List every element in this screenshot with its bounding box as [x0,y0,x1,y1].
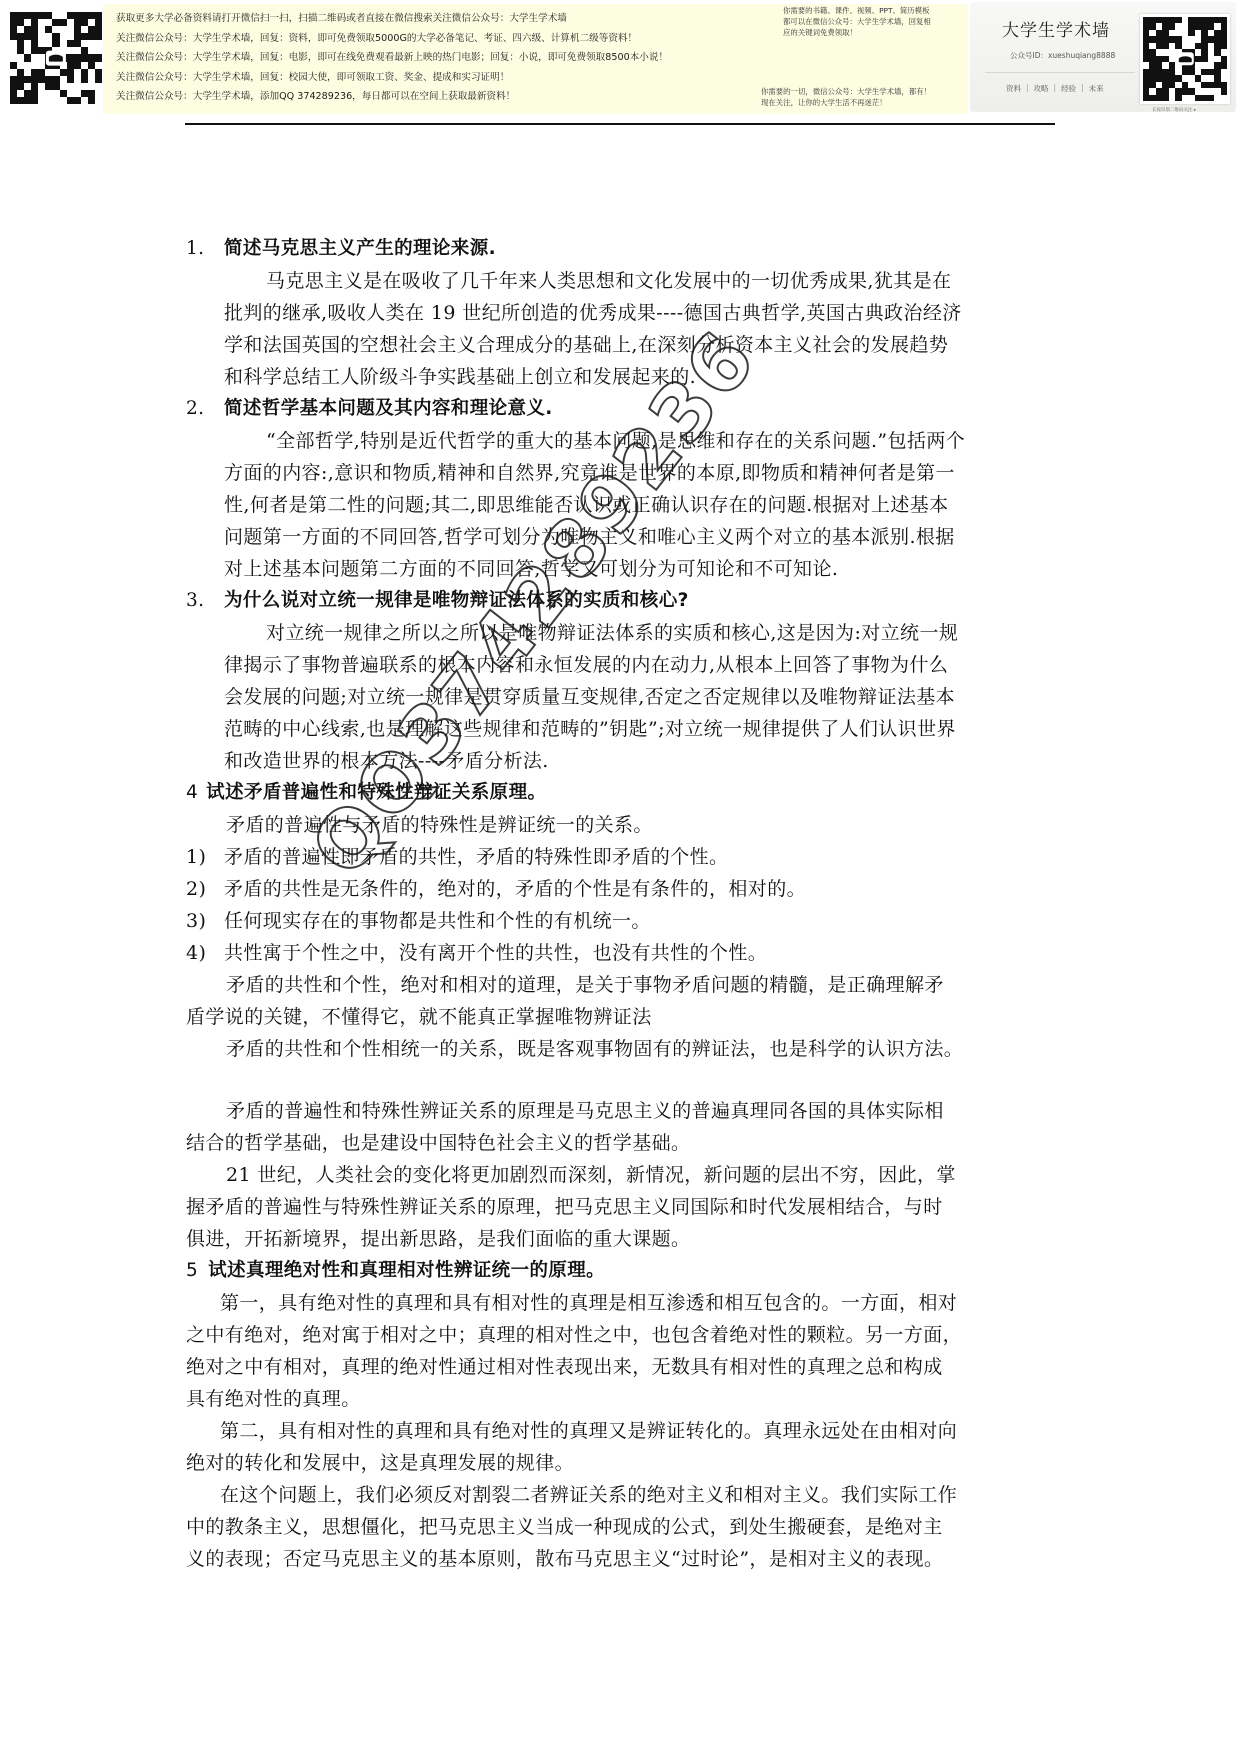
paragraph-line: 中的教条主义，思想僵化，把马克思主义当成一种现成的公式，到处生搬硬套，是绝对主 [186,1512,943,1539]
paragraph-line: 矛盾的普遍性与矛盾的特殊性是辨证统一的关系。 [226,810,653,837]
paragraph-line: 矛盾的普遍性和特殊性辨证关系的原理是马克思主义的普遍真理同各国的具体实际相 [226,1096,944,1123]
card-links: 资料 | 攻略 | 经验 | 未来 [1006,83,1104,94]
heading-number: 2. [186,398,224,419]
heading-text: 为什么说对立统一规律是唯物辩证法体系的实质和核心? [224,590,689,611]
side-note-line: 你需要的书籍、课件、视频、PPT、简历模板 [783,5,931,16]
list-text: 共性寓于个性之中，没有离开个性的共性，也没有共性的个性。 [224,942,767,964]
paragraph-line: 马克思主义是在吸收了几千年来人类思想和文化发展中的一切优秀成果,犹其是在 [266,266,951,293]
paragraph-line: 结合的哲学基础，也是建设中国特色社会主义的哲学基础。 [186,1128,690,1155]
promo-lines: 获取更多大学必备资料请打开微信扫一扫，扫描二维码或者直接在微信搜索关注微信公众号… [116,9,668,107]
heading-number: 5 [186,1260,198,1281]
paragraph-line: 绝对之中有相对，真理的绝对性通过相对性表现出来，无数具有相对性的真理之总和构成 [186,1352,943,1379]
card-divider [985,72,1135,73]
list-item: 1)矛盾的普遍性即矛盾的共性，矛盾的特殊性即矛盾的个性。 [186,842,728,869]
paragraph-line: 学和法国英国的空想社会主义合理成分的基础上,在深刻分析资本主义社会的发展趋势 [224,330,948,357]
paragraph-line: 盾学说的关键，不懂得它，就不能真正掌握唯物辨证法 [186,1002,652,1029]
side-note-line: 都可以在微信公众号：大学生学术墙，回复相 [783,16,931,27]
paragraph-line: 律揭示了事物普遍联系的根本内容和永恒发展的内在动力,从根本上回答了事物为什么 [224,650,948,677]
promo-banner: 获取更多大学必备资料请打开微信扫一扫，扫描二维码或者直接在微信搜索关注微信公众号… [0,0,1241,118]
heading-text: 简述哲学基本问题及其内容和理论意义. [224,398,553,419]
separator: | [1054,83,1057,94]
list-number: 2) [186,878,224,900]
qr-code-right[interactable] [1140,14,1230,104]
promo-line: 关注微信公众号：大学生学术墙，添加QQ 374289236，每日都可以在空间上获… [116,87,668,107]
section-heading: 2.简述哲学基本问题及其内容和理论意义. [186,394,553,420]
section-heading: 1.简述马克思主义产生的理论来源. [186,234,496,260]
promo-line: 关注微信公众号：大学生学术墙，回复：校园大使，即可领取工资、奖金、提成和实习证明… [116,68,668,88]
paragraph-line: 21 世纪，人类社会的变化将更加剧烈而深刻，新情况，新问题的层出不穷，因此，掌 [226,1160,956,1187]
paragraph-line: 矛盾的共性和个性，绝对和相对的道理，是关于事物矛盾问题的精髓，是正确理解矛 [226,970,944,997]
paragraph-line: 之中有绝对，绝对寓于相对之中；真理的相对性之中，也包含着绝对性的颗粒。另一方面， [186,1320,962,1347]
list-number: 1) [186,846,224,868]
side-note-line: 你需要的一切，微信公众号：大学生学术墙，都有！ [761,86,931,97]
list-item: 3)任何现实存在的事物都是共性和个性的有机统一。 [186,906,651,933]
account-title: 大学生学术墙 [1002,16,1110,41]
list-item: 4)共性寓于个性之中，没有离开个性的共性，也没有共性的个性。 [186,938,767,965]
promo-line: 关注微信公众号：大学生学术墙，回复：电影，即可在线免费观看最新上映的热门电影；回… [116,48,668,68]
paragraph-line: 第一，具有绝对性的真理和具有相对性的真理是相互渗透和相互包含的。一方面，相对 [220,1288,957,1315]
list-number: 3) [186,910,224,932]
paragraph-line: 义的表现；否定马克思主义的基本原则，散布马克思主义“过时论”，是相对主义的表现。 [186,1544,943,1571]
paragraph-line: 在这个问题上，我们必须反对割裂二者辨证关系的绝对主义和相对主义。我们实际工作 [220,1480,957,1507]
paragraph-line: 会发展的问题;对立统一规律是贯穿质量互变规律,否定之否定规律以及唯物辩证法基本 [224,682,955,709]
paragraph-line: 和科学总结工人阶级斗争实践基础上创立和发展起来的. [224,362,696,389]
promo-line: 关注微信公众号：大学生学术墙，回复：资料，即可免费领取5000G的大学必备笔记、… [116,29,668,49]
paragraph-line: 批判的继承,吸收人类在 19 世纪所创造的优秀成果----德国古典哲学,英国古典… [224,298,962,325]
qr-code-left[interactable] [10,12,102,104]
header-rule [185,123,1055,125]
paragraph-line: 对立统一规律之所以之所以是唯物辩证法体系的实质和核心,这是因为:对立统一规 [266,618,958,645]
heading-number: 1. [186,238,224,259]
paragraph-line: 具有绝对性的真理。 [186,1384,361,1411]
separator: | [1081,83,1084,94]
paragraph-line: 范畴的中心线索,也是理解这些规律和范畴的”钥匙”;对立统一规律提供了人们认识世界 [224,714,956,741]
list-item: 2)矛盾的共性是无条件的，绝对的，矛盾的个性是有条件的，相对的。 [186,874,806,901]
list-number: 4) [186,942,224,964]
promo-line: 获取更多大学必备资料请打开微信扫一扫，扫描二维码或者直接在微信搜索关注微信公众号… [116,9,668,29]
heading-text: 简述马克思主义产生的理论来源. [224,238,496,259]
side-note-line: 现在关注，让你的大学生活不再迷茫！ [761,97,931,108]
graduation-cap-icon [46,51,66,66]
qr-caption: 长按识别二维码关注 ▸ [1152,107,1196,113]
card-link-experience[interactable]: 经验 [1061,83,1076,94]
side-note-line: 应的关键词免费领取！ [783,27,931,38]
account-id: 公众号ID：xueshuqiang8888 [1010,50,1115,61]
section-heading: 3.为什么说对立统一规律是唯物辩证法体系的实质和核心? [186,586,689,612]
side-note-top: 你需要的书籍、课件、视频、PPT、简历模板 都可以在微信公众号：大学生学术墙，回… [783,5,931,38]
graduation-cap-icon [1176,52,1194,65]
paragraph-line: 矛盾的共性和个性相统一的关系，既是客观事物固有的辨证法，也是科学的认识方法。 [226,1034,963,1061]
side-note-bottom: 你需要的一切，微信公众号：大学生学术墙，都有！ 现在关注，让你的大学生活不再迷茫… [761,86,931,108]
section-heading: 5试述真理绝对性和真理相对性辨证统一的原理。 [186,1256,605,1282]
separator: | [1026,83,1029,94]
paragraph-line: 俱进，开拓新境界，提出新思路，是我们面临的重大课题。 [186,1224,690,1251]
card-link-future[interactable]: 未来 [1089,83,1104,94]
card-link-resources[interactable]: 资料 [1006,83,1021,94]
list-text: 任何现实存在的事物都是共性和个性的有机统一。 [224,910,651,932]
heading-number: 3. [186,590,224,611]
heading-number: 4 [186,782,198,803]
card-link-guides[interactable]: 攻略 [1034,83,1049,94]
heading-text: 试述真理绝对性和真理相对性辨证统一的原理。 [208,1260,605,1281]
paragraph-line: 第二，具有相对性的真理和具有绝对性的真理又是辨证转化的。真理永远处在由相对向 [220,1416,957,1443]
list-text: 矛盾的普遍性即矛盾的共性，矛盾的特殊性即矛盾的个性。 [224,846,728,868]
list-text: 矛盾的共性是无条件的，绝对的，矛盾的个性是有条件的，相对的。 [224,878,806,900]
paragraph-line: 绝对的转化和发展中，这是真理发展的规律。 [186,1448,574,1475]
paragraph-line: 握矛盾的普遍性与特殊性辨证关系的原理，把马克思主义同国际和时代发展相结合，与时 [186,1192,943,1219]
